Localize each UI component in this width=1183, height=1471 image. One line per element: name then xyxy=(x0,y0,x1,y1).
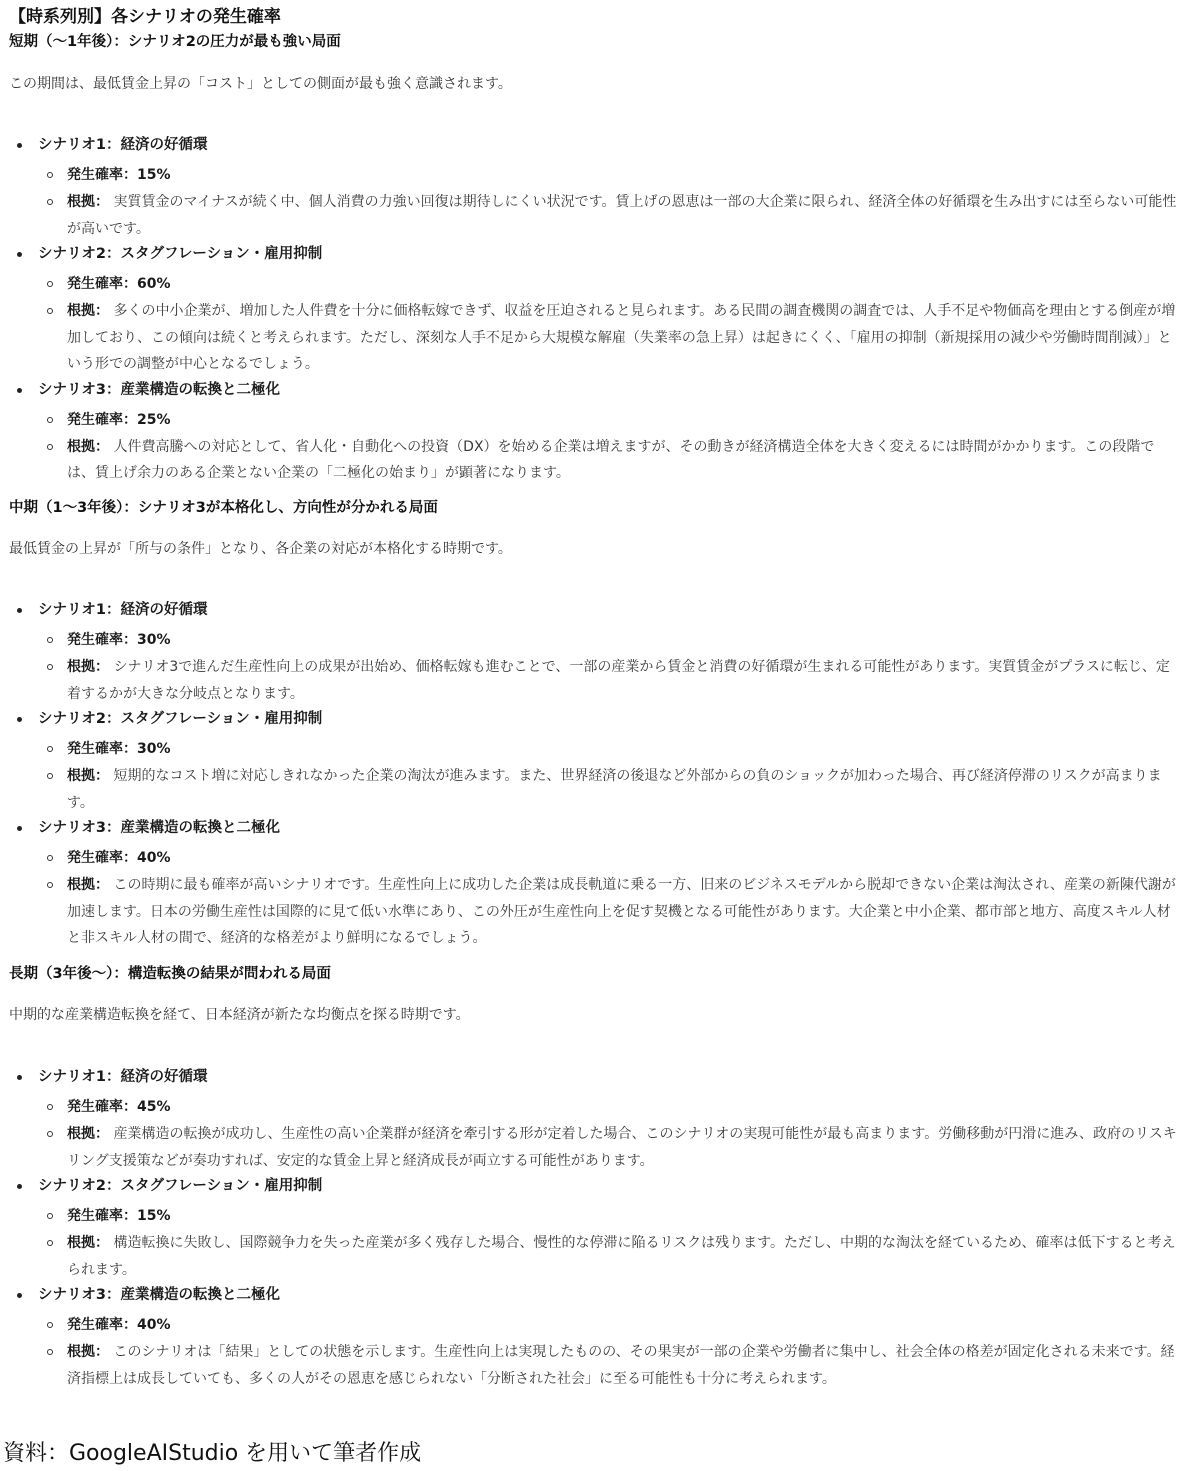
circle-bullet-icon xyxy=(47,199,53,205)
document-title: 【時系列別】各シナリオの発生確率 xyxy=(9,6,281,28)
circle-bullet-icon xyxy=(47,855,53,861)
probability-item: 発生確率：45% xyxy=(38,1094,1177,1121)
circle-bullet-icon xyxy=(47,308,53,314)
section-heading: 短期（〜1年後）：シナリオ2の圧力が最も強い局面 xyxy=(9,32,1177,52)
scenario-title: シナリオ3：産業構造の転換と二極化 xyxy=(38,818,1177,845)
probability-value: 発生確率：15% xyxy=(67,167,171,183)
reason-label: 根拠： xyxy=(67,439,109,455)
section-heading: 長期（3年後〜）：構造転換の結果が問われる局面 xyxy=(9,964,1177,984)
reason-label: 根拠： xyxy=(67,877,109,893)
scenario-item: シナリオ2：スタグフレーション・雇用抑制 発生確率：15% 根拠： 構造転換に失… xyxy=(9,1176,1177,1285)
scenario-details: 発生確率：30% 根拠： シナリオ3で進んだ生産性向上の成果が出始め、価格転嫁も… xyxy=(38,627,1177,709)
probability-value: 発生確率：30% xyxy=(67,741,171,757)
reason-text: 構造転換に失敗し、国際競争力を失った産業が多く残存した場合、慢性的な停滞に陥るリ… xyxy=(67,1235,1176,1278)
section-mid-term: 中期（1〜3年後）：シナリオ3が本格化し、方向性が分かれる局面 最低賃金の上昇が… xyxy=(9,498,1177,518)
scenario-item: シナリオ1：経済の好循環 発生確率：15% 根拠： 実質賃金のマイナスが続く中、… xyxy=(9,135,1177,244)
circle-bullet-icon xyxy=(47,882,53,888)
reason-label: 根拠： xyxy=(67,1344,109,1360)
probability-value: 発生確率：25% xyxy=(67,412,171,428)
source-caption: 資料：GoogleAIStudio を用いて筆者作成 xyxy=(3,1440,421,1468)
probability-item: 発生確率：40% xyxy=(38,1312,1177,1339)
probability-item: 発生確率：60% xyxy=(38,271,1177,298)
bullet-icon xyxy=(17,143,22,148)
scenario-list: シナリオ1：経済の好循環 発生確率：15% 根拠： 実質賃金のマイナスが続く中、… xyxy=(9,135,1177,489)
circle-bullet-icon xyxy=(47,1131,53,1137)
section-intro: この期間は、最低賃金上昇の「コスト」としての側面が最も強く意識されます。 xyxy=(9,74,512,94)
probability-value: 発生確率：40% xyxy=(67,1317,171,1333)
reason-item: 根拠： 実質賃金のマイナスが続く中、個人消費の力強い回復は期待しにくい状況です。… xyxy=(38,189,1177,244)
circle-bullet-icon xyxy=(47,444,53,450)
scenario-details: 発生確率：25% 根拠： 人件費高騰への対応として、省人化・自動化への投資（DX… xyxy=(38,407,1177,489)
scenario-title: シナリオ1：経済の好循環 xyxy=(38,1067,1177,1094)
reason-item: 根拠： この時期に最も確率が高いシナリオです。生産性向上に成功した企業は成長軌道… xyxy=(38,872,1177,954)
reason-label: 根拠： xyxy=(67,303,109,319)
scenario-title: シナリオ1：経済の好循環 xyxy=(38,600,1177,627)
reason-text: 産業構造の転換が成功し、生産性の高い企業群が経済を牽引する形が定着した場合、この… xyxy=(67,1126,1177,1169)
scenario-details: 発生確率：45% 根拠： 産業構造の転換が成功し、生産性の高い企業群が経済を牽引… xyxy=(38,1094,1177,1176)
circle-bullet-icon xyxy=(47,1104,53,1110)
bullet-icon xyxy=(17,252,22,257)
reason-text: シナリオ3で進んだ生産性向上の成果が出始め、価格転嫁も進むことで、一部の産業から… xyxy=(67,659,1170,702)
scenario-item: シナリオ3：産業構造の転換と二極化 発生確率：40% 根拠： このシナリオは「結… xyxy=(9,1285,1177,1394)
probability-value: 発生確率：45% xyxy=(67,1099,171,1115)
reason-item: 根拠： 人件費高騰への対応として、省人化・自動化への投資（DX）を始める企業は増… xyxy=(38,434,1177,489)
reason-text: このシナリオは「結果」としての状態を示します。生産性向上は実現したものの、その果… xyxy=(67,1344,1175,1387)
bullet-icon xyxy=(17,388,22,393)
circle-bullet-icon xyxy=(47,172,53,178)
section-intro: 中期的な産業構造転換を経て、日本経済が新たな均衡点を探る時期です。 xyxy=(9,1005,470,1025)
bullet-icon xyxy=(17,1293,22,1298)
reason-item: 根拠： 多くの中小企業が、増加した人件費を十分に価格転嫁できず、収益を圧迫される… xyxy=(38,298,1177,380)
scenario-item: シナリオ3：産業構造の転換と二極化 発生確率：25% 根拠： 人件費高騰への対応… xyxy=(9,380,1177,489)
probability-item: 発生確率：25% xyxy=(38,407,1177,434)
circle-bullet-icon xyxy=(47,281,53,287)
scenario-title: シナリオ2：スタグフレーション・雇用抑制 xyxy=(38,1176,1177,1203)
scenario-list: シナリオ1：経済の好循環 発生確率：30% 根拠： シナリオ3で進んだ生産性向上… xyxy=(9,600,1177,954)
circle-bullet-icon xyxy=(47,417,53,423)
reason-label: 根拠： xyxy=(67,194,109,210)
reason-item: 根拠： 構造転換に失敗し、国際競争力を失った産業が多く残存した場合、慢性的な停滞… xyxy=(38,1230,1177,1285)
scenario-details: 発生確率：40% 根拠： この時期に最も確率が高いシナリオです。生産性向上に成功… xyxy=(38,845,1177,954)
scenario-title: シナリオ2：スタグフレーション・雇用抑制 xyxy=(38,244,1177,271)
section-heading: 中期（1〜3年後）：シナリオ3が本格化し、方向性が分かれる局面 xyxy=(9,498,1177,518)
circle-bullet-icon xyxy=(47,746,53,752)
bullet-icon xyxy=(17,826,22,831)
reason-label: 根拠： xyxy=(67,659,109,675)
reason-label: 根拠： xyxy=(67,768,109,784)
circle-bullet-icon xyxy=(47,1213,53,1219)
reason-item: 根拠： シナリオ3で進んだ生産性向上の成果が出始め、価格転嫁も進むことで、一部の… xyxy=(38,654,1177,709)
bullet-icon xyxy=(17,717,22,722)
bullet-icon xyxy=(17,1184,22,1189)
probability-item: 発生確率：30% xyxy=(38,736,1177,763)
probability-value: 発生確率：40% xyxy=(67,850,171,866)
probability-value: 発生確率：30% xyxy=(67,632,171,648)
scenario-details: 発生確率：40% 根拠： このシナリオは「結果」としての状態を示します。生産性向… xyxy=(38,1312,1177,1394)
reason-label: 根拠： xyxy=(67,1126,109,1142)
reason-item: 根拠： 産業構造の転換が成功し、生産性の高い企業群が経済を牽引する形が定着した場… xyxy=(38,1121,1177,1176)
bullet-icon xyxy=(17,608,22,613)
reason-text: 実質賃金のマイナスが続く中、個人消費の力強い回復は期待しにくい状況です。賃上げの… xyxy=(67,194,1176,237)
circle-bullet-icon xyxy=(47,1240,53,1246)
probability-item: 発生確率：40% xyxy=(38,845,1177,872)
section-intro: 最低賃金の上昇が「所与の条件」となり、各企業の対応が本格化する時期です。 xyxy=(9,539,512,559)
circle-bullet-icon xyxy=(47,637,53,643)
reason-label: 根拠： xyxy=(67,1235,109,1251)
reason-text: この時期に最も確率が高いシナリオです。生産性向上に成功した企業は成長軌道に乗る一… xyxy=(67,877,1176,946)
section-short-term: 短期（〜1年後）：シナリオ2の圧力が最も強い局面 この期間は、最低賃金上昇の「コ… xyxy=(9,32,1177,52)
scenario-title: シナリオ1：経済の好循環 xyxy=(38,135,1177,162)
scenario-details: 発生確率：60% 根拠： 多くの中小企業が、増加した人件費を十分に価格転嫁できず… xyxy=(38,271,1177,380)
circle-bullet-icon xyxy=(47,664,53,670)
scenario-item: シナリオ1：経済の好循環 発生確率：45% 根拠： 産業構造の転換が成功し、生産… xyxy=(9,1067,1177,1176)
scenario-item: シナリオ2：スタグフレーション・雇用抑制 発生確率：60% 根拠： 多くの中小企… xyxy=(9,244,1177,380)
reason-item: 根拠： このシナリオは「結果」としての状態を示します。生産性向上は実現したものの… xyxy=(38,1339,1177,1394)
scenario-title: シナリオ3：産業構造の転換と二極化 xyxy=(38,380,1177,407)
scenario-title: シナリオ2：スタグフレーション・雇用抑制 xyxy=(38,709,1177,736)
scenario-details: 発生確率：15% 根拠： 構造転換に失敗し、国際競争力を失った産業が多く残存した… xyxy=(38,1203,1177,1285)
scenario-item: シナリオ2：スタグフレーション・雇用抑制 発生確率：30% 根拠： 短期的なコス… xyxy=(9,709,1177,818)
scenario-title: シナリオ3：産業構造の転換と二極化 xyxy=(38,1285,1177,1312)
probability-item: 発生確率：15% xyxy=(38,1203,1177,1230)
circle-bullet-icon xyxy=(47,773,53,779)
probability-value: 発生確率：15% xyxy=(67,1208,171,1224)
section-long-term: 長期（3年後〜）：構造転換の結果が問われる局面 中期的な産業構造転換を経て、日本… xyxy=(9,964,1177,984)
probability-value: 発生確率：60% xyxy=(67,276,171,292)
reason-text: 人件費高騰への対応として、省人化・自動化への投資（DX）を始める企業は増えますが… xyxy=(67,439,1154,482)
scenario-details: 発生確率：15% 根拠： 実質賃金のマイナスが続く中、個人消費の力強い回復は期待… xyxy=(38,162,1177,244)
scenario-details: 発生確率：30% 根拠： 短期的なコスト増に対応しきれなかった企業の淘汰が進みま… xyxy=(38,736,1177,818)
circle-bullet-icon xyxy=(47,1349,53,1355)
scenario-item: シナリオ1：経済の好循環 発生確率：30% 根拠： シナリオ3で進んだ生産性向上… xyxy=(9,600,1177,709)
reason-text: 多くの中小企業が、増加した人件費を十分に価格転嫁できず、収益を圧迫されると見られ… xyxy=(67,303,1175,372)
reason-text: 短期的なコスト増に対応しきれなかった企業の淘汰が進みます。また、世界経済の後退な… xyxy=(67,768,1162,811)
probability-item: 発生確率：30% xyxy=(38,627,1177,654)
scenario-item: シナリオ3：産業構造の転換と二極化 発生確率：40% 根拠： この時期に最も確率… xyxy=(9,818,1177,954)
scenario-list: シナリオ1：経済の好循環 発生確率：45% 根拠： 産業構造の転換が成功し、生産… xyxy=(9,1067,1177,1394)
reason-item: 根拠： 短期的なコスト増に対応しきれなかった企業の淘汰が進みます。また、世界経済… xyxy=(38,763,1177,818)
probability-item: 発生確率：15% xyxy=(38,162,1177,189)
circle-bullet-icon xyxy=(47,1322,53,1328)
bullet-icon xyxy=(17,1075,22,1080)
